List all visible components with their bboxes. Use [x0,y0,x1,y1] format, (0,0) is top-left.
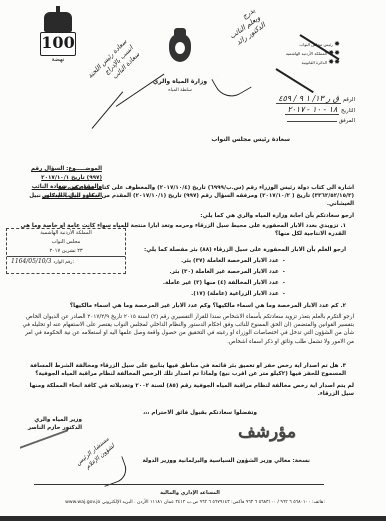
ref-number-value: ق ر ١٣/ ١ ٩ / ٤٥٩ [276,94,341,104]
intro-paragraph: اشارة الى كتاب دولة رئيس الوزراء رقم (س.… [20,184,354,209]
crown-icon [44,12,72,32]
question-2: ٢. كم عدد الابار المرخصة وما هي اسماء ما… [20,302,346,310]
stamp-line: رئيس مجلس النواب [299,42,333,47]
answer-1-item: - عدد الابار الزراعية (عاملة) (١٧). [80,290,285,298]
scan-edge [0,516,386,521]
addressee: سعادة رئيس مجلس النواب [160,136,290,143]
footer-contact: www.waj.gov.jo هاتف: ٥٦٨٠١٠٠ ٦ ٩٦٢ / ٥٦٨… [30,500,360,505]
star-icon: ✸✸ [328,58,340,66]
answer-2: ارجو التكرم بالعلم بتعذر تزويد سعادتكم ب… [20,313,354,346]
received-stamp-line-2: مجلس النواب [7,238,125,247]
coat-of-arms-icon [163,30,197,64]
answer-1-item: - عدد الابار المخالفة (٤) منها (٢) غير ع… [80,279,285,287]
signature-block: وزير المياه والري الدكتور حازم الناصر [26,416,82,432]
answer-1-intro: ارجو العلم بأن الابار المحفورة على سيل ا… [130,246,346,254]
handwritten-signature-top [211,64,251,103]
ref-number-label: الرقم [343,97,355,103]
reference-block: الرقم ق ر ١٣/ ١ ٩ / ٤٥٩ التاريخ ١٨ - ١٠ … [255,94,355,126]
received-stamp-line-1: المملكة الأردنية الهاشمية [7,229,125,238]
footer-title: المساعد الإداري والمالية [140,490,240,496]
footer-contact-details: هاتف: ٥٦٨٠١٠٠ ٦ ٩٦٢ / ٥٦٨٣١٠٠ ٦ ٩٦٢ فاكس… [102,500,325,505]
centenary-caption: نهضة [38,56,78,63]
signatory-title: وزير المياه والري [26,416,82,424]
received-number: 1164/05/10/3 رقم الوارد: [7,256,125,267]
handwritten-note-top: يدرج ويعلم النائب الدكتور رائد [195,6,268,68]
answer-3: لم يتم اصدار اية رخص مخالفة لنظام مراقبة… [20,382,354,398]
signatory-name: الدكتور حازم الناصر [26,424,82,432]
star-icon: ✸ [334,40,340,48]
centenary-number: 100 [40,32,76,56]
request-line: ارجو سعادتكم بأن اجابة وزارة المياه والر… [20,212,354,220]
received-stamp-date: ٢٣ تشرين ٢٠١٧ [7,247,125,256]
stamp-line: المملكة الأردنية الهاشمية [286,51,327,56]
centenary-logo: 100 نهضة [38,12,78,70]
subject-line-1: الموضـــــوع: السؤال رقم (٩٩٧) تاريخ ٢٠١… [20,165,102,183]
copy-to: نسخة: معالي وزير الشؤون السياسية والبرلم… [120,458,310,464]
top-right-stamp: ✸ رئيس مجلس النواب ✸✸ المملكة الأردنية ا… [270,30,344,86]
question-3: ٣. هل تم اصدار اية رخص حفر او تعميق بئر … [20,362,346,378]
letter-page: 100 نهضة وزارة المياه والري سلطة المياه … [0,0,386,521]
authority-name: سلطة المياه [140,88,220,93]
stamp-line: الدائرة القانونية [302,60,327,65]
ref-date-label: التاريخ [341,108,355,114]
ref-date-value: ١٨ - ١٠ - ٢٠١٧ [285,105,339,115]
footer-divider [34,484,324,485]
star-icon: ✸✸ [328,49,340,57]
ref-attachments-label: المرفق [339,118,355,124]
archived-stamp: مؤرشف [232,422,302,442]
closing-line: وتفضلوا سعادتكم بقبول فائق الاحترام ،،، [100,409,300,417]
received-stamp: المملكة الأردنية الهاشمية مجلس النواب ٢٣… [6,228,126,274]
footer-website[interactable]: www.waj.gov.jo [65,500,100,505]
